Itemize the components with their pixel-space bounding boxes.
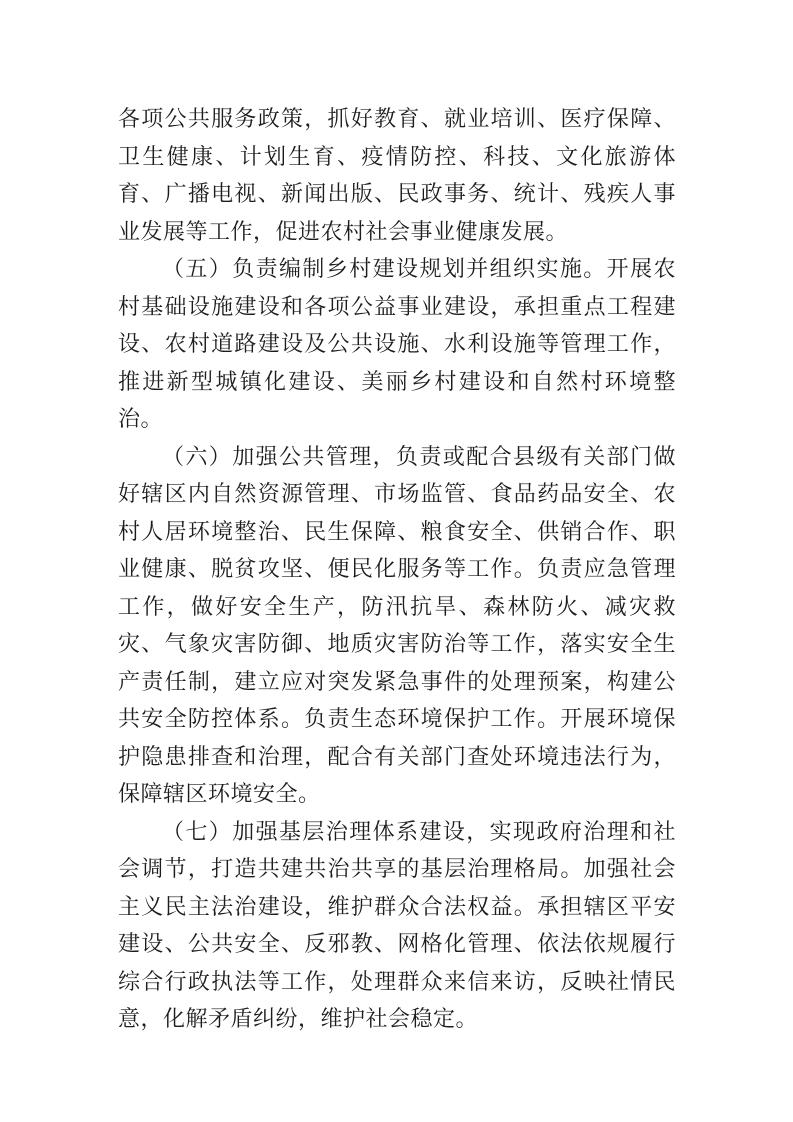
document-page: 各项公共服务政策，抓好教育、就业培训、医疗保障、卫生健康、计划生育、疫情防控、科… bbox=[0, 0, 793, 1122]
paragraph-continuation: 各项公共服务政策，抓好教育、就业培训、医疗保障、卫生健康、计划生育、疫情防控、科… bbox=[118, 100, 676, 250]
document-body: 各项公共服务政策，抓好教育、就业培训、医疗保障、卫生健康、计划生育、疫情防控、科… bbox=[118, 100, 676, 1038]
paragraph-item-5: （五）负责编制乡村建设规划并组织实施。开展农村基础设施建设和各项公益事业建设，承… bbox=[118, 250, 676, 438]
paragraph-item-6: （六）加强公共管理，负责或配合县级有关部门做好辖区内自然资源管理、市场监管、食品… bbox=[118, 438, 676, 813]
paragraph-item-7: （七）加强基层治理体系建设，实现政府治理和社会调节，打造共建共治共享的基层治理格… bbox=[118, 813, 676, 1038]
